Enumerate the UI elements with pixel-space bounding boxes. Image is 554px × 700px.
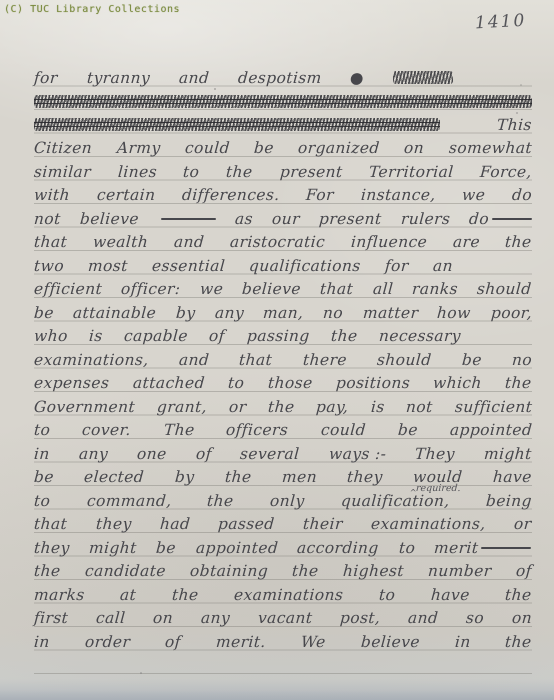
handwritten-word: not [405, 398, 433, 416]
handwritten-word: could [320, 421, 366, 439]
manuscript-line: marksattheexaminationstohavethe [34, 583, 532, 607]
manuscript-line: similarlinestothepresentTerritorialForce… [34, 160, 532, 184]
handwritten-word: several [240, 445, 301, 463]
handwritten-word: all [372, 280, 394, 298]
handwritten-word: the [330, 327, 358, 345]
handwritten-word: no [323, 304, 344, 322]
handwritten-word: to [398, 539, 416, 557]
handwritten-word: tyranny [86, 69, 150, 87]
manuscript-line: expensesattachedtothosepositionswhichthe [34, 372, 532, 396]
handwritten-word: lines [117, 163, 157, 181]
handwritten-word: We [300, 633, 326, 651]
handwritten-word: should [376, 351, 432, 369]
manuscript-line: Governmentgrant,orthepay,isnotsufficient [34, 395, 532, 419]
handwritten-word: examinations [234, 586, 345, 604]
handwritten-word: so [465, 609, 484, 627]
handwritten-word: Citizen [33, 139, 92, 157]
handwritten-word: should [477, 280, 533, 298]
handwritten-word: vacant [257, 609, 313, 627]
handwritten-word: with [33, 186, 70, 204]
handwritten-word: our [271, 210, 300, 228]
handwritten-word: have [493, 468, 533, 486]
manuscript-line: thatwealthandaristocraticinfluencearethe [34, 231, 532, 255]
handwritten-word: we [199, 280, 224, 298]
handwritten-word: rulers [400, 210, 451, 228]
handwritten-word: be [253, 139, 274, 157]
handwritten-word: candidate [84, 562, 166, 580]
handwritten-word: how [437, 304, 472, 322]
handwritten-word: according [297, 539, 380, 557]
line-gap [482, 77, 532, 78]
manuscript-line: efficientofficer:webelievethatallrankssh… [34, 278, 532, 302]
manuscript-line: This [34, 113, 532, 137]
handwritten-word: grant, [156, 398, 207, 416]
handwritten-word: the [292, 562, 320, 580]
handwritten-word: being [485, 492, 532, 510]
handwritten-word: poor, [490, 304, 532, 322]
handwritten-word: to [183, 163, 201, 181]
handwritten-dash [492, 218, 532, 220]
handwritten-word: sufficient [454, 398, 533, 416]
handwritten-word: we [461, 186, 486, 204]
handwritten-word: are [452, 233, 480, 251]
handwritten-word: that [33, 233, 68, 251]
handwritten-word: capable [124, 327, 189, 345]
handwritten-word: pay, [316, 398, 350, 416]
handwritten-word: expenses [33, 374, 110, 392]
handwritten-word: ranks [412, 280, 459, 298]
handwritten-word: and [407, 609, 439, 627]
handwritten-word: could [184, 139, 230, 157]
handwritten-word: order [84, 633, 131, 651]
handwritten-word: in [33, 633, 50, 651]
handwritten-word: Territorial [368, 163, 454, 181]
handwritten-word: essential [151, 257, 225, 275]
handwritten-word: appointed [449, 421, 533, 439]
handwritten-word: for [384, 257, 409, 275]
handwritten-word: qualifications [249, 257, 362, 275]
handwritten-word: elected [84, 468, 145, 486]
handwritten-word: similar [33, 163, 91, 181]
crossed-out-text [34, 95, 532, 108]
handwritten-word: call [95, 609, 126, 627]
handwritten-word: organized [298, 139, 381, 157]
handwritten-word: of [209, 327, 226, 345]
handwritten-word: or [514, 515, 533, 533]
handwritten-word: or [228, 398, 247, 416]
handwritten-word: to [33, 421, 51, 439]
handwritten-word: be [461, 351, 482, 369]
manuscript-line: inanyoneofseveralways :-Theymight [34, 442, 532, 466]
handwritten-word: as [234, 210, 253, 228]
handwritten-word: efficient [33, 280, 102, 298]
handwritten-word: and [173, 233, 205, 251]
handwritten-word: somewhat [448, 139, 532, 157]
handwritten-dash [482, 547, 532, 549]
manuscript-line: tocommand,theonlyqualification,required.… [34, 489, 532, 513]
handwritten-word: appointed [195, 539, 279, 557]
manuscript-line: inorderofmerit.Webelieveinthe [34, 630, 532, 654]
handwritten-word: most [87, 257, 128, 275]
handwritten-word: ● [350, 69, 365, 87]
handwritten-word: any [200, 609, 230, 627]
handwritten-word: the [207, 492, 235, 510]
manuscript-line: notbelieveasourpresentrulersdo [34, 207, 532, 231]
handwritten-word: marks [33, 586, 85, 604]
handwritten-word: Government [33, 398, 135, 416]
handwritten-word: the [33, 562, 61, 580]
handwritten-word: The [163, 421, 195, 439]
handwritten-word: might [89, 539, 138, 557]
handwritten-word: attainable [73, 304, 157, 322]
handwritten-word: instance, [360, 186, 436, 204]
handwritten-word: command, [86, 492, 172, 510]
handwritten-word: to [227, 374, 245, 392]
inserted-word: required. [416, 483, 461, 494]
manuscript-line: CitizenArmycouldbeorganizedonsomewhat [34, 137, 532, 161]
handwritten-word: wealth [92, 233, 149, 251]
handwritten-word: number [428, 562, 493, 580]
handwritten-word: that [33, 515, 68, 533]
crossed-out-text [393, 71, 453, 84]
handwritten-word: only [270, 492, 306, 510]
handwritten-word: influence [350, 233, 427, 251]
handwritten-word: believe [79, 210, 139, 228]
page-bottom-edge [0, 690, 554, 700]
handwritten-word: of [195, 445, 212, 463]
handwritten-word: despotism [237, 69, 322, 87]
handwritten-word: on [152, 609, 173, 627]
handwritten-word: there [302, 351, 347, 369]
handwritten-word: man, [263, 304, 305, 322]
handwritten-word: merit. [215, 633, 266, 651]
handwritten-word: two [33, 257, 64, 275]
handwritten-word: they [347, 468, 384, 486]
handwritten-word: their [303, 515, 344, 533]
handwritten-word: those [267, 374, 313, 392]
manuscript-line: theymightbeappointedaccordingtomerit [34, 536, 532, 560]
manuscript-text: fortyrannyanddespotism●ThisCitizenArmyco… [34, 62, 532, 682]
handwritten-word: officers [226, 421, 289, 439]
handwritten-word: and [178, 69, 210, 87]
handwritten-word: who [33, 327, 68, 345]
handwritten-word: any [78, 445, 108, 463]
handwritten-word: for [33, 69, 58, 87]
handwritten-word: examinations, [33, 351, 149, 369]
handwritten-word: the [505, 233, 533, 251]
handwritten-word: believe [242, 280, 302, 298]
manuscript-line: whoiscapableofpassingthenecessary [34, 325, 532, 349]
handwritten-word: men [281, 468, 317, 486]
manuscript-line [34, 90, 532, 114]
manuscript-line: examinations,andthatthereshouldbeno [34, 348, 532, 372]
handwritten-word: be [156, 539, 177, 557]
crossed-out-text [34, 118, 440, 131]
handwritten-word: any [214, 304, 244, 322]
manuscript-line: tocover.Theofficerscouldbeappointed [34, 419, 532, 443]
handwritten-word: to [33, 492, 51, 510]
handwritten-word: which [433, 374, 483, 392]
handwritten-word: the [505, 633, 533, 651]
handwritten-dash [161, 218, 216, 220]
handwritten-word: For [305, 186, 334, 204]
handwritten-word: ways :- [328, 445, 387, 463]
manuscript-line: firstcallonanyvacantpost,andsoon [34, 607, 532, 631]
handwritten-word: certain [96, 186, 156, 204]
handwritten-word: the [224, 468, 252, 486]
handwritten-word: examinations, [371, 515, 487, 533]
handwritten-word: the [267, 398, 295, 416]
handwritten-word: be [33, 468, 54, 486]
handwritten-word: Army [116, 139, 161, 157]
handwritten-word: to [378, 586, 396, 604]
handwritten-word: an [432, 257, 453, 275]
manuscript-line: beattainablebyanyman,nomatterhowpoor, [34, 301, 532, 325]
handwritten-word: the [505, 586, 533, 604]
handwritten-word: necessary [378, 327, 461, 345]
handwritten-word: They [415, 445, 456, 463]
manuscript-line: fortyrannyanddespotism● [34, 66, 532, 90]
handwritten-word: by [175, 304, 196, 322]
handwritten-word: merit [434, 539, 533, 557]
handwritten-word: that [320, 280, 355, 298]
handwritten-word: qualification,required. [340, 492, 450, 510]
page-number: 1410 [474, 11, 526, 34]
handwritten-word: one [136, 445, 167, 463]
handwritten-word: attached [132, 374, 205, 392]
handwritten-word: passed [218, 515, 276, 533]
handwritten-word: differences. [181, 186, 280, 204]
manuscript-line: twomostessentialqualificationsforan [34, 254, 532, 278]
handwritten-word: do [468, 210, 532, 228]
handwritten-word: they [95, 515, 132, 533]
handwritten-word: be [397, 421, 418, 439]
handwritten-word: is [370, 398, 385, 416]
library-watermark: (C) TUC Library Collections [4, 4, 180, 15]
manuscript-line: thattheyhadpassedtheirexaminations,or [34, 513, 532, 537]
line-gap [477, 265, 532, 266]
handwritten-word: Force, [479, 163, 532, 181]
handwritten-word: and [178, 351, 210, 369]
handwritten-word: in [454, 633, 471, 651]
handwritten-word: of [164, 633, 181, 651]
handwritten-word: they [33, 539, 70, 557]
handwritten-word: is [89, 327, 104, 345]
handwritten-word: might [483, 445, 532, 463]
handwritten-word: the [226, 163, 254, 181]
handwritten-word: This [497, 116, 533, 134]
handwritten-word: cover. [82, 421, 132, 439]
handwritten-word: of [515, 562, 532, 580]
handwritten-word: no [511, 351, 532, 369]
handwritten-word: aristocratic [229, 233, 325, 251]
handwritten-word: the [505, 374, 533, 392]
handwritten-word: in [33, 445, 50, 463]
manuscript-page: (C) TUC Library Collections 1410 fortyra… [0, 0, 554, 700]
handwritten-word: matter [362, 304, 419, 322]
handwritten-word: on [404, 139, 425, 157]
handwritten-word: by [174, 468, 195, 486]
handwritten-word: post, [339, 609, 381, 627]
handwritten-word: not [33, 210, 61, 228]
manuscript-line: withcertaindifferences.Forinstance,wedo [34, 184, 532, 208]
manuscript-line: thecandidateobtainingthehighestnumberof [34, 560, 532, 584]
handwritten-word: passing [246, 327, 310, 345]
handwritten-word: present [318, 210, 382, 228]
handwritten-word: first [33, 609, 69, 627]
handwritten-word: present [279, 163, 343, 181]
paper-specks [214, 88, 216, 90]
handwritten-word: officer: [121, 280, 182, 298]
line-gap [482, 336, 532, 337]
handwritten-word: the [171, 586, 199, 604]
handwritten-word: that [239, 351, 274, 369]
handwritten-word: had [159, 515, 191, 533]
handwritten-word: do [511, 186, 532, 204]
handwritten-word: be [33, 304, 54, 322]
handwritten-word: highest [342, 562, 404, 580]
handwritten-word: positions [335, 374, 410, 392]
handwritten-word: at [120, 586, 138, 604]
handwritten-word: have [430, 586, 470, 604]
handwritten-word: believe [360, 633, 420, 651]
handwritten-word: on [511, 609, 532, 627]
handwritten-word: obtaining [189, 562, 268, 580]
